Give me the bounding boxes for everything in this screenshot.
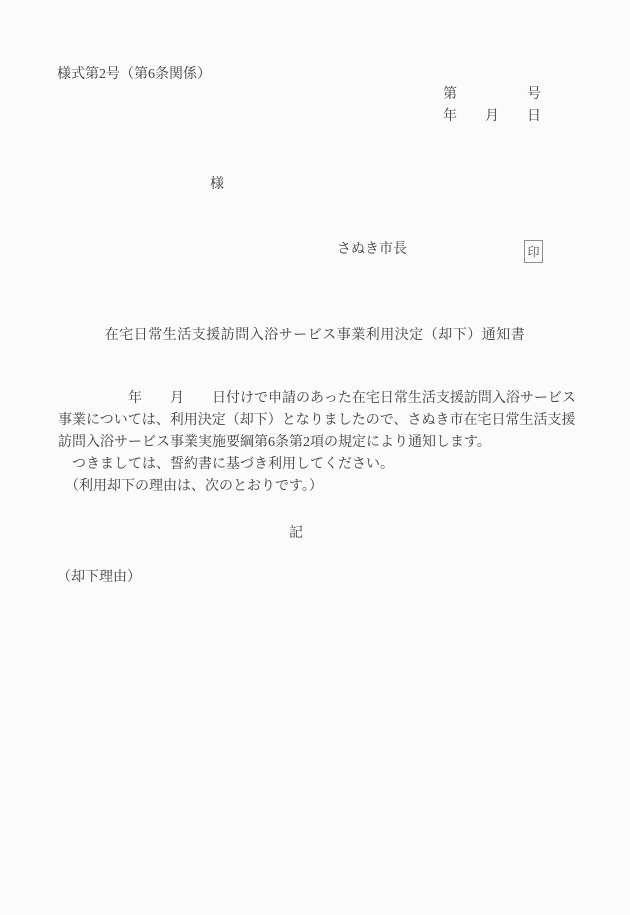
- document-title: 在宅日常生活支援訪問入浴サービス事業利用決定（却下）通知書: [0, 326, 630, 346]
- sender-title: さぬき市長: [337, 240, 407, 260]
- seal-box: 印: [524, 240, 543, 263]
- body-line-3: 訪問入浴サービス事業実施要綱第6条第2項の規定により通知します。: [58, 432, 583, 454]
- issue-date-line: 年 月 日: [443, 107, 541, 127]
- body-line-5: （利用却下の理由は、次のとおりです。）: [58, 476, 583, 498]
- seal-label: 印: [527, 246, 539, 258]
- rejection-reason-label: （却下理由）: [57, 568, 141, 588]
- body-line-2: 事業については、利用決定（却下）となりましたので、さぬき市在宅日常生活支援: [58, 410, 583, 432]
- record-marker: 記: [289, 524, 303, 544]
- body-paragraph: 年 月 日付けで申請のあった在宅日常生活支援訪問入浴サービス 事業については、利…: [58, 388, 583, 498]
- document-page: 様式第2号（第6条関係） 第 号 年 月 日 様 さぬき市長 印 在宅日常生活支…: [0, 0, 630, 915]
- addressee-suffix: 様: [210, 175, 224, 195]
- body-line-1: 年 月 日付けで申請のあった在宅日常生活支援訪問入浴サービス: [58, 388, 583, 410]
- form-number-label: 様式第2号（第6条関係）: [57, 65, 211, 85]
- issue-number-line: 第 号: [443, 85, 541, 105]
- body-line-4: つきましては、誓約書に基づき利用してください。: [58, 454, 583, 476]
